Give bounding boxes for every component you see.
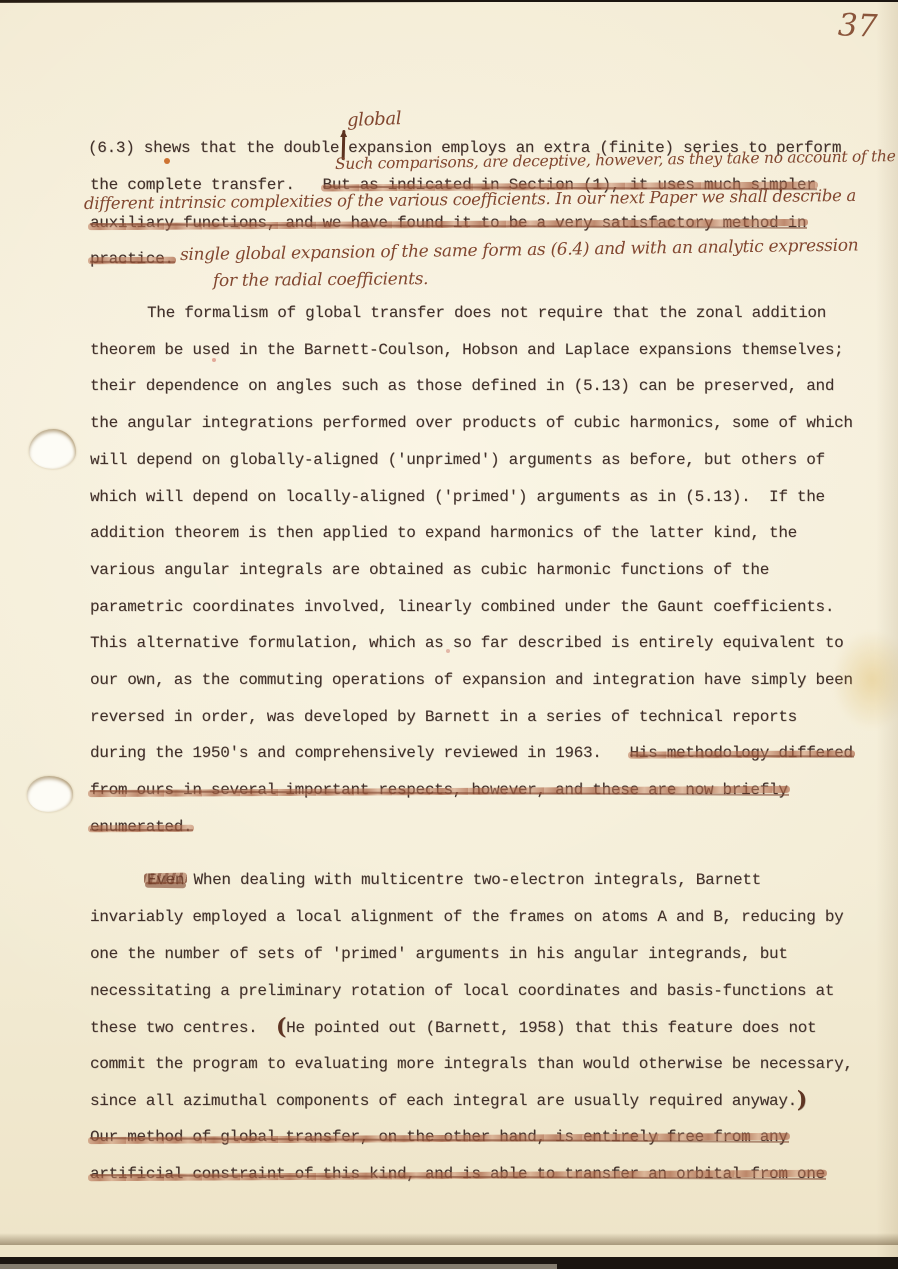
typed-line: which will depend on locally-aligned ('p… [90,487,825,508]
insertion-caret-icon [339,151,348,152]
typed-line: from ours in several important respects,… [90,780,788,801]
page-number: 37 [837,7,878,44]
handwritten-note: single global expansion of the same form… [180,236,859,265]
typed-text: since all azimuthal components of each i… [90,1092,797,1110]
typed-line: Our method of global transfer, on the ot… [90,1127,788,1148]
handwritten-bracket-close: ) [797,1087,807,1113]
typed-line: This alternative formulation, which as s… [90,633,843,654]
struck-passage: artificial constraint of this kind, and … [90,1164,825,1185]
typed-line: commit the program to evaluating more in… [90,1054,853,1075]
typed-line: various angular integrals are obtained a… [90,560,769,581]
struck-passage: practice. [90,249,174,270]
typed-line: invariably employed a local alignment of… [90,907,843,928]
typed-text: When dealing with multicentre two-electr… [184,871,761,889]
struck-passage: auxiliary functions, and we have found i… [90,213,806,234]
typed-line: reversed in order, was developed by Barn… [90,707,797,728]
ink-speck [164,158,170,164]
punch-hole [29,429,76,469]
handwritten-note: for the radial coefficients. [213,269,428,291]
punch-hole [27,776,73,812]
scan-edge-bottom [0,1264,557,1269]
typed-text: (6.3) shews that the double [88,139,339,157]
typed-line: auxiliary functions, and we have found i… [90,213,806,234]
struck-passage: His methodology differed [630,743,853,764]
typed-line: The formalism of global transfer does no… [147,303,826,324]
typed-line: since all azimuthal components of each i… [90,1090,807,1112]
ink-speck [446,649,450,653]
typed-line: addition theorem is then applied to expa… [90,523,797,544]
typed-line: theorem be used in the Barnett-Coulson, … [90,340,843,361]
typed-text: He pointed out (Barnett, 1958) that this… [286,1019,816,1037]
typed-line: parametric coordinates involved, linearl… [90,597,834,618]
typed-text: these two centres. [90,1019,276,1037]
struck-passage: Even [147,870,184,891]
typed-line: these two centres. (He pointed out (Barn… [90,1017,816,1039]
scan-edge-shadow [0,1233,898,1245]
typed-text: during the 1950's and comprehensively re… [90,744,630,762]
typed-line: enumerated. [90,817,192,838]
scan-edge-top [0,0,539,3]
typed-line: will depend on globally-aligned ('unprim… [90,450,825,471]
typed-line: Even When dealing with multicentre two-e… [147,870,761,891]
ink-speck [212,358,216,362]
typed-line: our own, as the commuting operations of … [90,670,853,691]
typed-line: one the number of sets of 'primed' argum… [90,944,788,965]
handwritten-insertion-global: global [347,108,402,131]
handwritten-bracket-open: ( [276,1014,286,1040]
typed-line: their dependence on angles such as those… [90,376,834,397]
scan-edge-right [876,2,898,1257]
struck-passage: enumerated. [90,817,192,838]
typed-line: artificial constraint of this kind, and … [90,1164,825,1185]
manuscript-page: 37 global (6.3) shews that the doubleexp… [0,2,898,1257]
typed-line: practice. [90,249,174,270]
struck-passage: Our method of global transfer, on the ot… [90,1127,788,1148]
struck-passage: from ours in several important respects,… [90,780,788,801]
typed-line: necessitating a preliminary rotation of … [90,981,834,1002]
typed-line: during the 1950's and comprehensively re… [90,743,853,764]
typed-line: the angular integrations performed over … [90,413,853,434]
